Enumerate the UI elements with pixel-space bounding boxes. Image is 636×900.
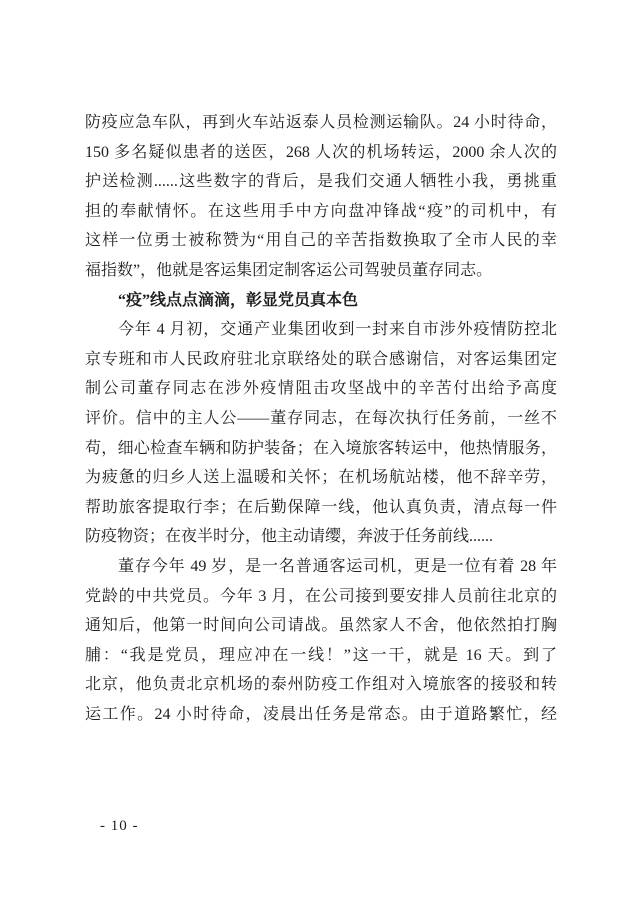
text-line: 护送检测......这些数字的背后，是我们交通人牺牲小我，勇挑重: [85, 167, 557, 197]
text-line: 党龄的中共党员。今年 3 月，在公司接到要安排人员前往北京的: [85, 582, 557, 612]
text-line: 制公司董存同志在涉外疫情阻击攻坚战中的辛苦付出给予高度: [85, 374, 557, 404]
section-heading: “疫”线点点滴滴，彰显党员真本色: [85, 286, 557, 316]
text-line: 评价。信中的主人公——董存同志，在每次执行任务前，一丝不: [85, 404, 557, 434]
text-line: 京专班和市人民政府驻北京联络处的联合感谢信，对客运集团定: [85, 345, 557, 375]
text-line: 通知后，他第一时间向公司请战。虽然家人不舍，他依然拍打胸: [85, 611, 557, 641]
text-line: 150 多名疑似患者的送医，268 人次的机场转运，2000 余人次的: [85, 138, 557, 168]
text-line: 福指数”，他就是客运集团定制客运公司驾驶员董存同志。: [85, 256, 557, 286]
text-line: 防疫应急车队，再到火车站返泰人员检测运输队。24 小时待命，: [85, 108, 557, 138]
page-number: - 10 -: [100, 815, 139, 837]
text-line: 北京，他负责北京机场的泰州防疫工作组对入境旅客的接驳和转: [85, 670, 557, 700]
text-line: 帮助旅客提取行李；在后勤保障一线，他认真负责，清点每一件: [85, 493, 557, 523]
text-line: 担的奉献情怀。在这些用手中方向盘冲锋战“疫”的司机中，有: [85, 197, 557, 227]
text-line: 运工作。24 小时待命，凌晨出任务是常态。由于道路繁忙，经: [85, 700, 557, 730]
text-block: 防疫应急车队，再到火车站返泰人员检测运输队。24 小时待命， 150 多名疑似患…: [85, 108, 557, 729]
text-line: 今年 4 月初，交通产业集团收到一封来自市涉外疫情防控北: [85, 315, 557, 345]
text-line: 董存今年 49 岁，是一名普通客运司机，更是一位有着 28 年: [85, 552, 557, 582]
text-line: 脯：“我是党员，理应冲在一线！”这一干，就是 16 天。到了: [85, 641, 557, 671]
text-line: 为疲惫的归乡人送上温暖和关怀；在机场航站楼，他不辞辛劳，: [85, 463, 557, 493]
text-line: 防疫物资；在夜半时分，他主动请缨，奔波于任务前线......: [85, 522, 557, 552]
document-page: 防疫应急车队，再到火车站返泰人员检测运输队。24 小时待命， 150 多名疑似患…: [0, 0, 636, 900]
text-line: 这样一位勇士被称赞为“用自己的辛苦指数换取了全市人民的幸: [85, 226, 557, 256]
text-line: 苟，细心检查车辆和防护装备；在入境旅客转运中，他热情服务，: [85, 434, 557, 464]
